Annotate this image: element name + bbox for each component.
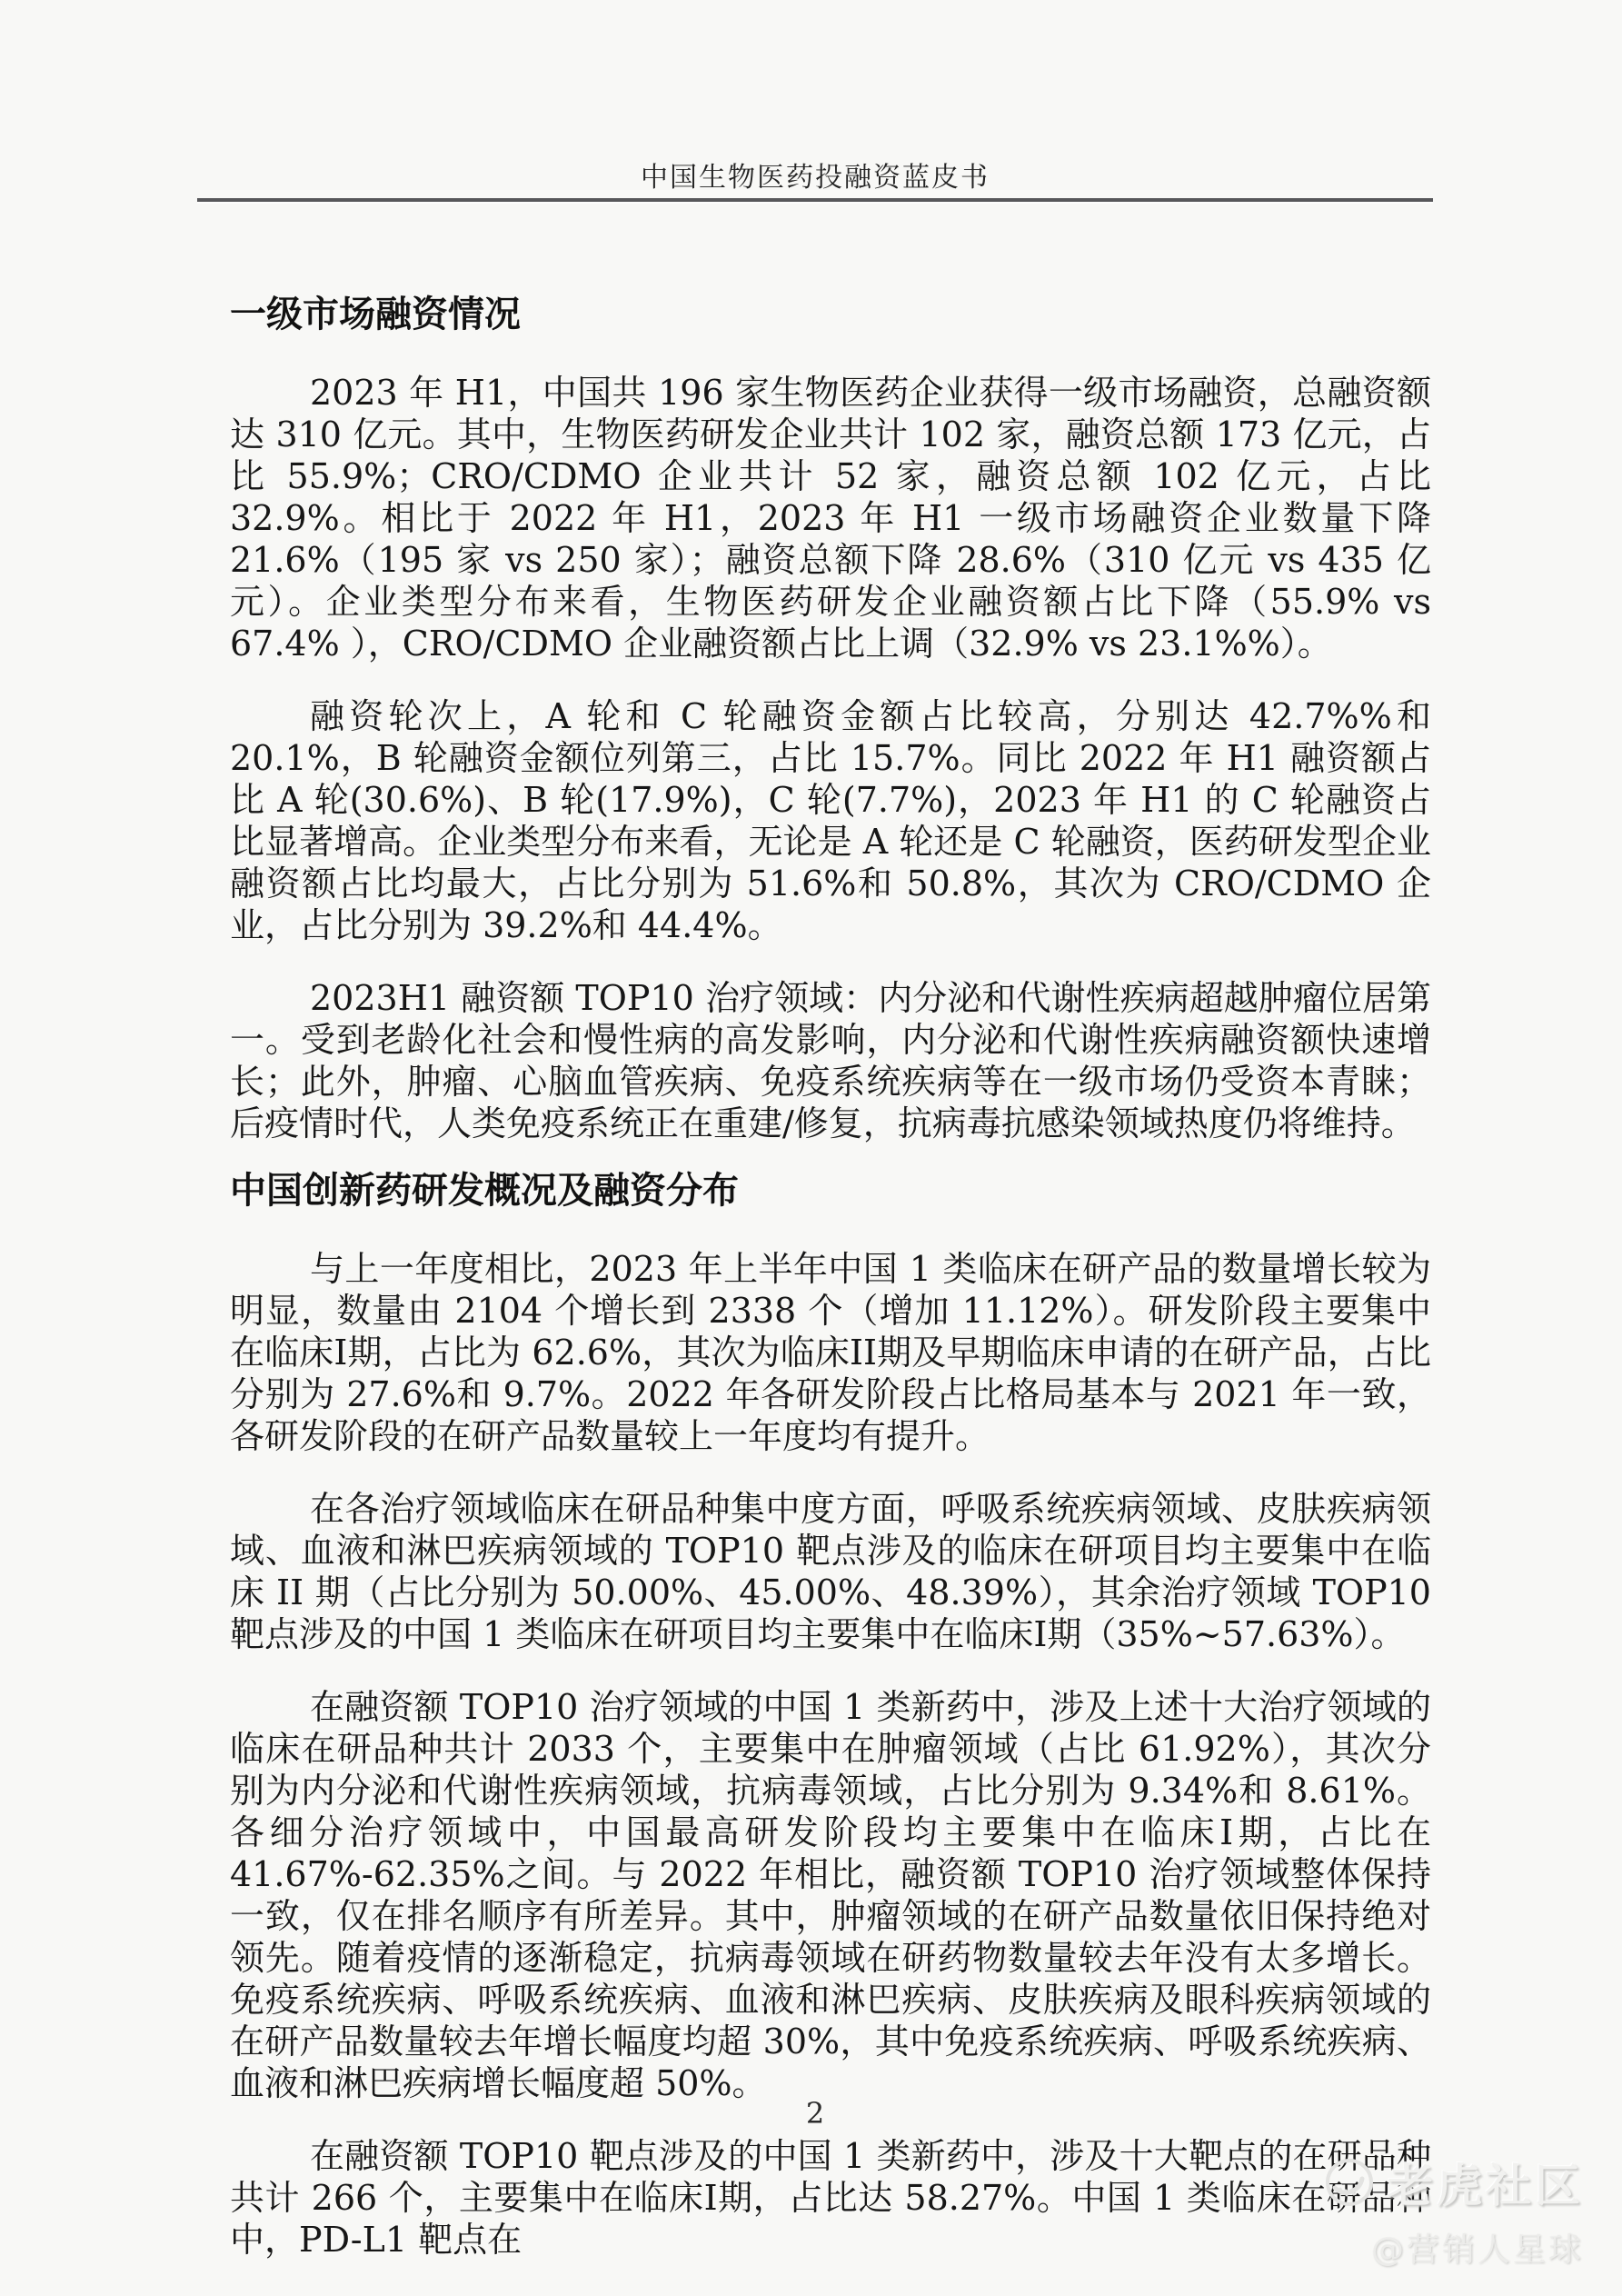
page-body: 一级市场融资情况 2023 年 H1，中国共 196 家生物医药企业获得一级市场… [230,294,1431,2261]
watermark-name: 老虎社区 [1388,2150,1584,2215]
watermark-handle: @营销人星球 [1324,2224,1584,2271]
tiger-logo-icon [1324,2157,1375,2208]
header-rule [197,198,1433,204]
paragraph: 在各治疗领域临床在研品种集中度方面，呼吸系统疾病领域、皮肤疾病领域、血液和淋巴疾… [230,1488,1431,1655]
paragraph: 2023H1 融资额 TOP10 治疗领域：内分泌和代谢性疾病超越肿瘤位居第一。… [230,977,1431,1144]
paragraph: 2023 年 H1，中国共 196 家生物医药企业获得一级市场融资，总融资额达 … [230,372,1431,664]
watermark: 老虎社区 @营销人星球 [1324,2150,1584,2271]
paragraph: 在融资额 TOP10 治疗领域的中国 1 类新药中，涉及上述十大治疗领域的临床在… [230,1686,1431,2104]
page-number: 2 [197,2096,1433,2131]
section-heading-primary-market: 一级市场融资情况 [230,294,1431,335]
section-heading-innovative-drugs: 中国创新药研发概况及融资分布 [230,1170,1431,1212]
paragraph: 融资轮次上，A 轮和 C 轮融资金额占比较高，分别达 42.7%%和 20.1%… [230,695,1431,946]
header-title: 中国生物医药投融资蓝皮书 [197,155,1433,195]
watermark-row: 老虎社区 [1324,2150,1584,2215]
paragraph: 在融资额 TOP10 靶点涉及的中国 1 类新药中，涉及十大靶点的在研品种共计 … [230,2135,1431,2261]
paragraph: 与上一年度相比，2023 年上半年中国 1 类临床在研产品的数量增长较为明显，数… [230,1248,1431,1457]
document-page: 中国生物医药投融资蓝皮书 一级市场融资情况 2023 年 H1，中国共 196 … [0,0,1622,2296]
